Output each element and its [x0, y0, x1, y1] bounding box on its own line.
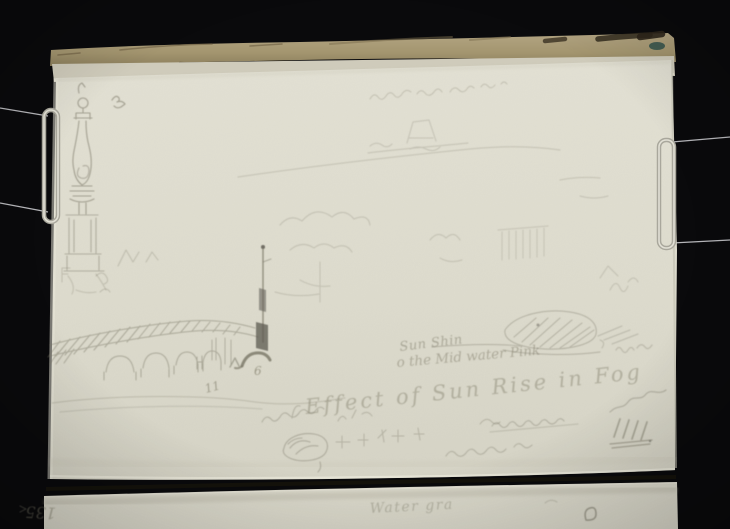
- vignette-overlay: [0, 0, 730, 529]
- sketchbook-photograph: Sun Shin o the Mid water Pink Effect of …: [0, 0, 730, 529]
- photo-canvas: Sun Shin o the Mid water Pink Effect of …: [0, 0, 730, 529]
